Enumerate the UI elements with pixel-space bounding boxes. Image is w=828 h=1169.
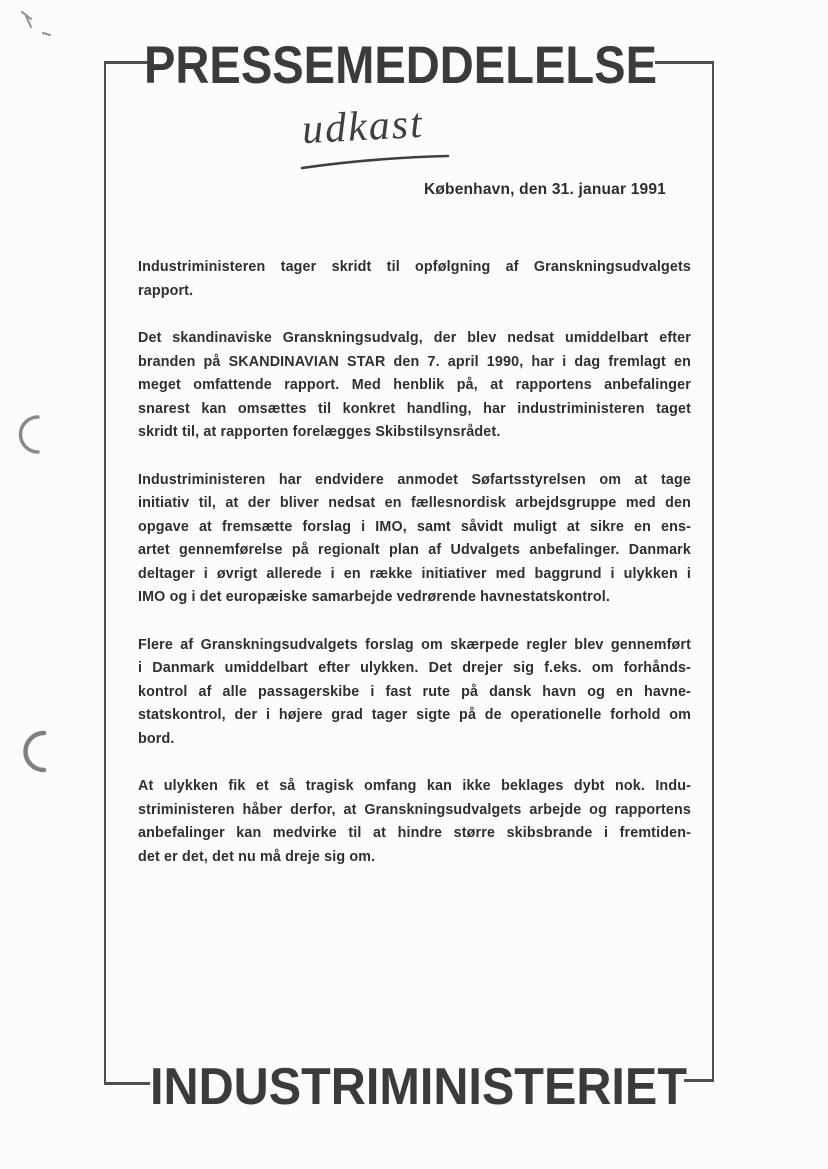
text-line: bord. xyxy=(138,728,691,752)
paragraph: At ulykken fik et så tragisk omfang kan … xyxy=(138,775,691,869)
text-line: Industriministeren har endvidere anmodet… xyxy=(138,469,691,493)
border-top-right-dash xyxy=(655,61,714,64)
pen-scribble-mark xyxy=(14,4,74,44)
border-bottom-left-dash xyxy=(104,1082,150,1085)
text-line: snarest kan omsættes til konkret handlin… xyxy=(138,398,691,422)
handwritten-note: udkast xyxy=(301,100,425,154)
text-line: opgave at fremsætte forslag i IMO, samt … xyxy=(138,516,691,540)
text-line: branden på SKANDINAVIAN STAR den 7. apri… xyxy=(138,351,691,375)
paragraph: Industriministeren tager skridt til opfø… xyxy=(138,256,691,303)
paragraph: Flere af Granskningsudvalgets forslag om… xyxy=(138,634,691,752)
paragraph: Det skandinaviske Granskningsudvalg, der… xyxy=(138,327,691,445)
text-line: rapport. xyxy=(138,280,691,304)
header-title-graphic: PRESSEMEDDELELSE xyxy=(143,32,663,92)
handwritten-underline xyxy=(296,148,456,174)
footer-title-graphic: INDUSTRIMINISTERIET xyxy=(149,1060,691,1116)
text-line: artet gennemførelse på regionalt plan af… xyxy=(138,539,691,563)
text-line: initiativ til, at der bliver nedsat en f… xyxy=(138,492,691,516)
text-line: det er det, det nu må dreje sig om. xyxy=(138,846,691,870)
text-line: kontrol af alle passagerskibe i fast rut… xyxy=(138,681,691,705)
border-top-left-dash xyxy=(104,61,148,64)
text-line: skridt til, at rapporten forelægges Skib… xyxy=(138,421,691,445)
text-line: At ulykken fik et så tragisk omfang kan … xyxy=(138,775,691,799)
scanned-press-release-page: PRESSEMEDDELELSE udkast København, den 3… xyxy=(0,0,828,1169)
body: Industriministeren tager skridt til opfø… xyxy=(138,256,691,893)
text-line: anbefalinger kan medvirke til at hindre … xyxy=(138,822,691,846)
text-line: Industriministeren tager skridt til opfø… xyxy=(138,256,691,280)
text-line: Flere af Granskningsudvalgets forslag om… xyxy=(138,634,691,658)
border-right-line xyxy=(712,62,714,1081)
hole-punch-mark-top xyxy=(14,412,54,458)
text-line: statskontrol, der i højere grad tager si… xyxy=(138,704,691,728)
text-line: deltager i øvrigt allerede i en række in… xyxy=(138,563,691,587)
paragraph: Industriministeren har endvidere anmodet… xyxy=(138,469,691,610)
header-title: PRESSEMEDDELELSE xyxy=(144,36,657,92)
text-line: striministeren håber derfor, at Granskni… xyxy=(138,799,691,823)
dateline: København, den 31. januar 1991 xyxy=(138,181,666,199)
text-line: IMO og i det europæiske samarbejde vedrø… xyxy=(138,586,691,610)
text-line: meget omfattende rapport. Med henblik på… xyxy=(138,374,691,398)
footer-title: INDUSTRIMINISTERIET xyxy=(150,1060,687,1116)
text-line: Det skandinaviske Granskningsudvalg, der… xyxy=(138,327,691,351)
text-line: i Danmark umiddelbart efter ulykken. Det… xyxy=(138,657,691,681)
border-left-line xyxy=(104,62,106,1084)
hole-punch-mark-bottom xyxy=(16,728,60,778)
